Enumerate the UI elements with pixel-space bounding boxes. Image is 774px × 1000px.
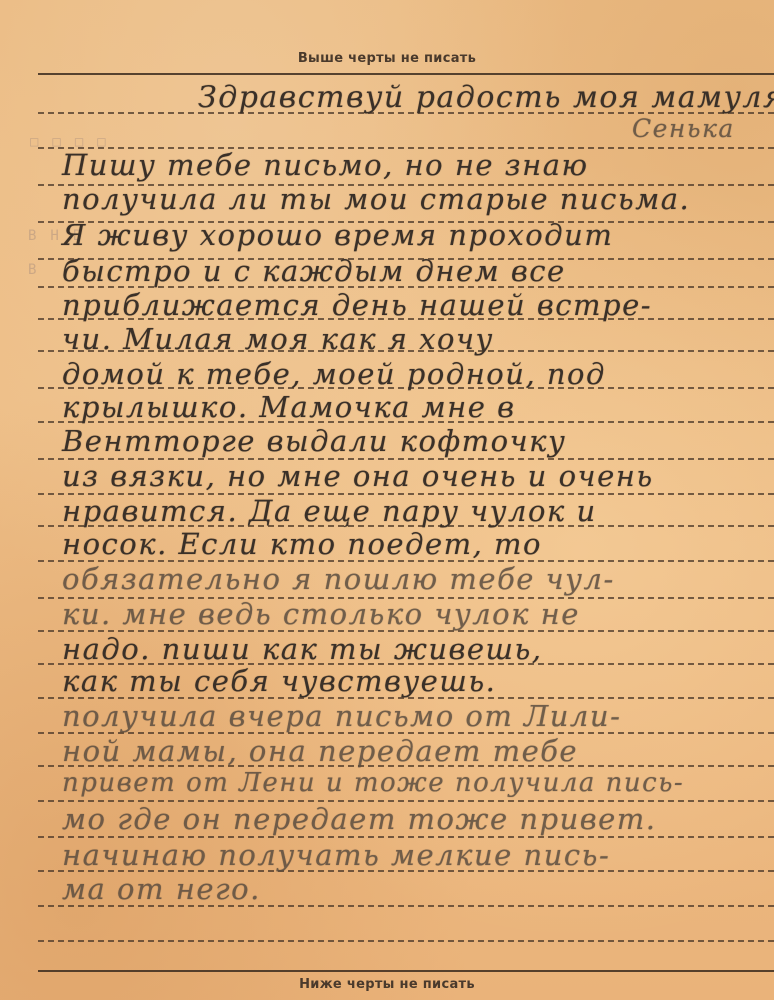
letter-line: ной мамы, она передает тебе [62,734,578,768]
letter-line: надо. пиши как ты живешь, [62,632,543,666]
letter-line: приближается день нашей встре- [62,288,652,322]
letter-line: получила ли ты мои старые письма. [62,182,690,216]
header-instruction: Выше черты не писать [0,51,774,66]
letter-line: мо где он передает тоже привет. [62,802,657,836]
letter-line: носок. Если кто поедет, то [62,527,542,561]
greeting-line: Здравствуй радость моя мамуля. [198,80,774,115]
letter-line: чи. Милая моя как я хочу [62,322,494,356]
letter-line: нравится. Да еще пару чулок и [62,494,597,528]
letter-line: ки. мне ведь столько чулок не [62,597,580,631]
footer-instruction: Ниже черты не писать [0,977,774,992]
letter-line: ма от него. [62,872,261,906]
letter-line: крылышко. Мамочка мне в [62,390,516,424]
letter-line: получила вчера письмо от Лили- [62,699,621,733]
letter-line: Пишу тебе письмо, но не знаю [62,148,589,182]
letter-line: начинаю получать мелкие пись- [62,838,610,872]
footer-rule [38,970,774,972]
letter-line: быстро и с каждым днем все [62,254,566,288]
header-rule [38,73,774,75]
letter-line: домой к тебе, моей родной, под [62,357,606,391]
letter-line: Вентторге выдали кофточку [62,424,566,458]
letter-sheet: Выше черты не писать Ниже черты не писат… [0,0,774,1000]
letter-line: обязательно я пошлю тебе чул- [62,562,615,596]
ruled-line [38,940,774,942]
letter-line: из вязки, но мне она очень и очень [62,459,654,493]
letter-line: Я живу хорошо время проходит [62,218,613,252]
signature: Сенька [632,114,735,143]
letter-line: привет от Лени и тоже получила пись- [62,768,684,798]
letter-line: как ты себя чувствуешь. [62,664,496,698]
faint-form-marks: B [28,262,50,278]
